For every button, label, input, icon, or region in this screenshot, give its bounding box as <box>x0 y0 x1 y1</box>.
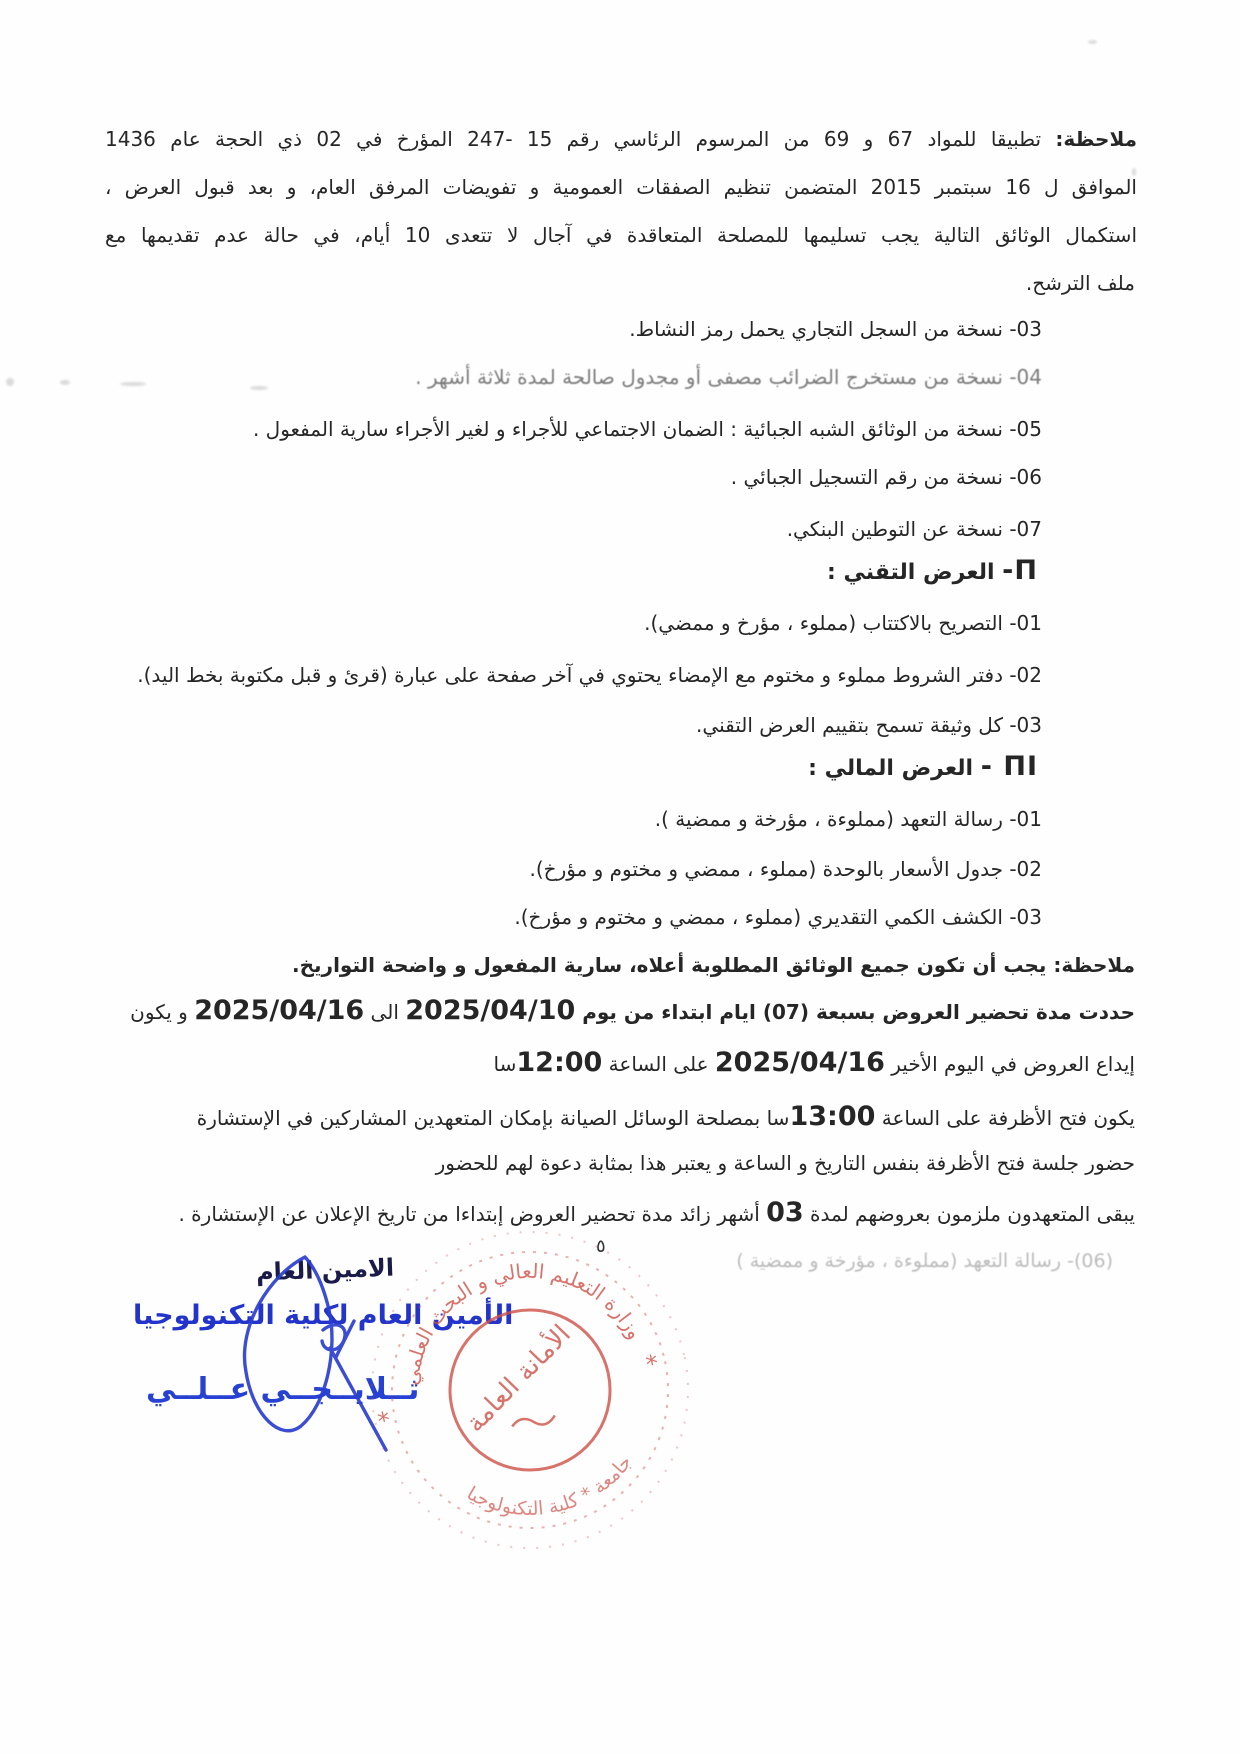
preparation-tail: و يكون <box>130 1000 194 1024</box>
date-from: 2025/04/10 <box>405 995 575 1026</box>
technical-item-03: 03- كل وثيقة تسمح بتقييم العرض التقني. <box>696 704 1042 746</box>
financial-item-01: 01- رسالة التعهد (مملوءة ، مؤرخة و ممضية… <box>655 798 1042 840</box>
deposit-time: 12:00 <box>516 1047 602 1078</box>
candidacy-item-03: 03- نسخة من السجل التجاري يحمل رمز النشا… <box>629 308 1042 350</box>
technical-roman-numeral: Π- <box>1002 555 1038 586</box>
candidacy-item-06: 06- نسخة من رقم التسجيل الجبائي . <box>731 456 1042 498</box>
candidacy-item-07: 07- نسخة عن التوطين البنكي. <box>787 508 1042 550</box>
technical-heading-text: العرض التقني : <box>827 560 1002 585</box>
note-line-3: استكمال الوثائق التالية يجب تسليمها للمص… <box>105 214 1137 256</box>
deposit-time-unit: سا <box>494 1052 517 1076</box>
scan-speck <box>1088 40 1097 44</box>
validity-note-text: يجب أن تكون جميع الوثائق المطلوبة أعلاه،… <box>292 953 1053 977</box>
technical-item-02: 02- دفتر الشروط مملوء و مختوم مع الإمضاء… <box>137 654 1042 696</box>
date-to: 2025/04/16 <box>194 995 364 1026</box>
financial-roman-numeral: ΠI - <box>981 751 1038 782</box>
seal-star-left: * <box>375 1406 393 1436</box>
deposit-date: 2025/04/16 <box>715 1047 885 1078</box>
financial-offer-heading: ΠI - العرض المالي : <box>808 746 1038 790</box>
deposit-mid: على الساعة <box>602 1052 715 1076</box>
scan-speck <box>6 378 14 386</box>
note-line-2: الموافق ل 16 سبتمبر 2015 المتضمن تنظيم ا… <box>105 166 1137 208</box>
documents-validity-note: ملاحظة: يجب أن تكون جميع الوثائق المطلوب… <box>292 944 1135 986</box>
financial-heading-text: العرض المالي : <box>808 756 981 781</box>
deposit-deadline-line: إيداع العروض في اليوم الأخير 2025/04/16 … <box>494 1040 1135 1087</box>
validity-months: 03 <box>766 1197 804 1228</box>
offer-validity-lead: يبقى المتعهدون ملزمون بعروضهم لمدة <box>804 1202 1135 1226</box>
note-line-1: ملاحظة: تطبيقا للمواد 67 و 69 من المرسوم… <box>105 118 1137 160</box>
opening-time: 13:00 <box>789 1101 875 1132</box>
technical-offer-heading: Π- العرض التقني : <box>827 550 1038 594</box>
validity-note-lead: ملاحظة: <box>1053 953 1135 977</box>
official-round-seal: وزارة التعليم العالي و البحث العلمي جامع… <box>345 1160 715 1590</box>
financial-item-02: 02- جدول الأسعار بالوحدة (مملوء ، ممضي و… <box>530 848 1042 890</box>
seal-star-right: * <box>643 1349 661 1379</box>
deposit-lead: إيداع العروض في اليوم الأخير <box>885 1052 1135 1076</box>
scan-speck <box>60 380 70 385</box>
technical-item-01: 01- التصريح بالاكتتاب (مملوء ، مؤرخ و مم… <box>644 602 1042 644</box>
opening-session-line: يكون فتح الأظرفة على الساعة 13:00سا بمصل… <box>197 1094 1135 1141</box>
preparation-lead: حددت مدة تحضير العروض بسبعة (07) ايام اب… <box>575 1000 1135 1024</box>
preparation-period-line: حددت مدة تحضير العروض بسبعة (07) ايام اب… <box>130 988 1135 1035</box>
scan-speck <box>120 382 146 386</box>
preparation-mid: الى <box>364 1000 405 1024</box>
candidacy-item-05: 05- نسخة من الوثائق الشبه الجبائية : الض… <box>253 408 1042 450</box>
scan-speck <box>1132 168 1136 176</box>
scanned-document-page: ملاحظة: تطبيقا للمواد 67 و 69 من المرسوم… <box>0 0 1240 1754</box>
candidacy-item-04: 04- نسخة من مستخرج الضرائب مصفى أو مجدول… <box>415 356 1042 398</box>
scan-speck <box>250 386 268 390</box>
note-line-1-text: تطبيقا للمواد 67 و 69 من المرسوم الرئاسي… <box>105 127 1055 151</box>
financial-item-03: 03- الكشف الكمي التقديري (مملوء ، ممضي و… <box>514 896 1042 938</box>
bleed-through-ghost-line: (06)- رسالة التعهد (مملوءة ، مؤرخة و ممض… <box>736 1240 1113 1282</box>
note-lead: ملاحظة: <box>1055 127 1137 151</box>
opening-rest: سا بمصلحة الوسائل الصيانة بإمكان المتعهد… <box>197 1106 790 1130</box>
seal-outer-bottom-text: جامعة * كلية التكنولوجيا <box>460 1448 644 1535</box>
note-line-4: ملف الترشح. <box>1026 262 1135 304</box>
opening-lead: يكون فتح الأظرفة على الساعة <box>875 1106 1135 1130</box>
